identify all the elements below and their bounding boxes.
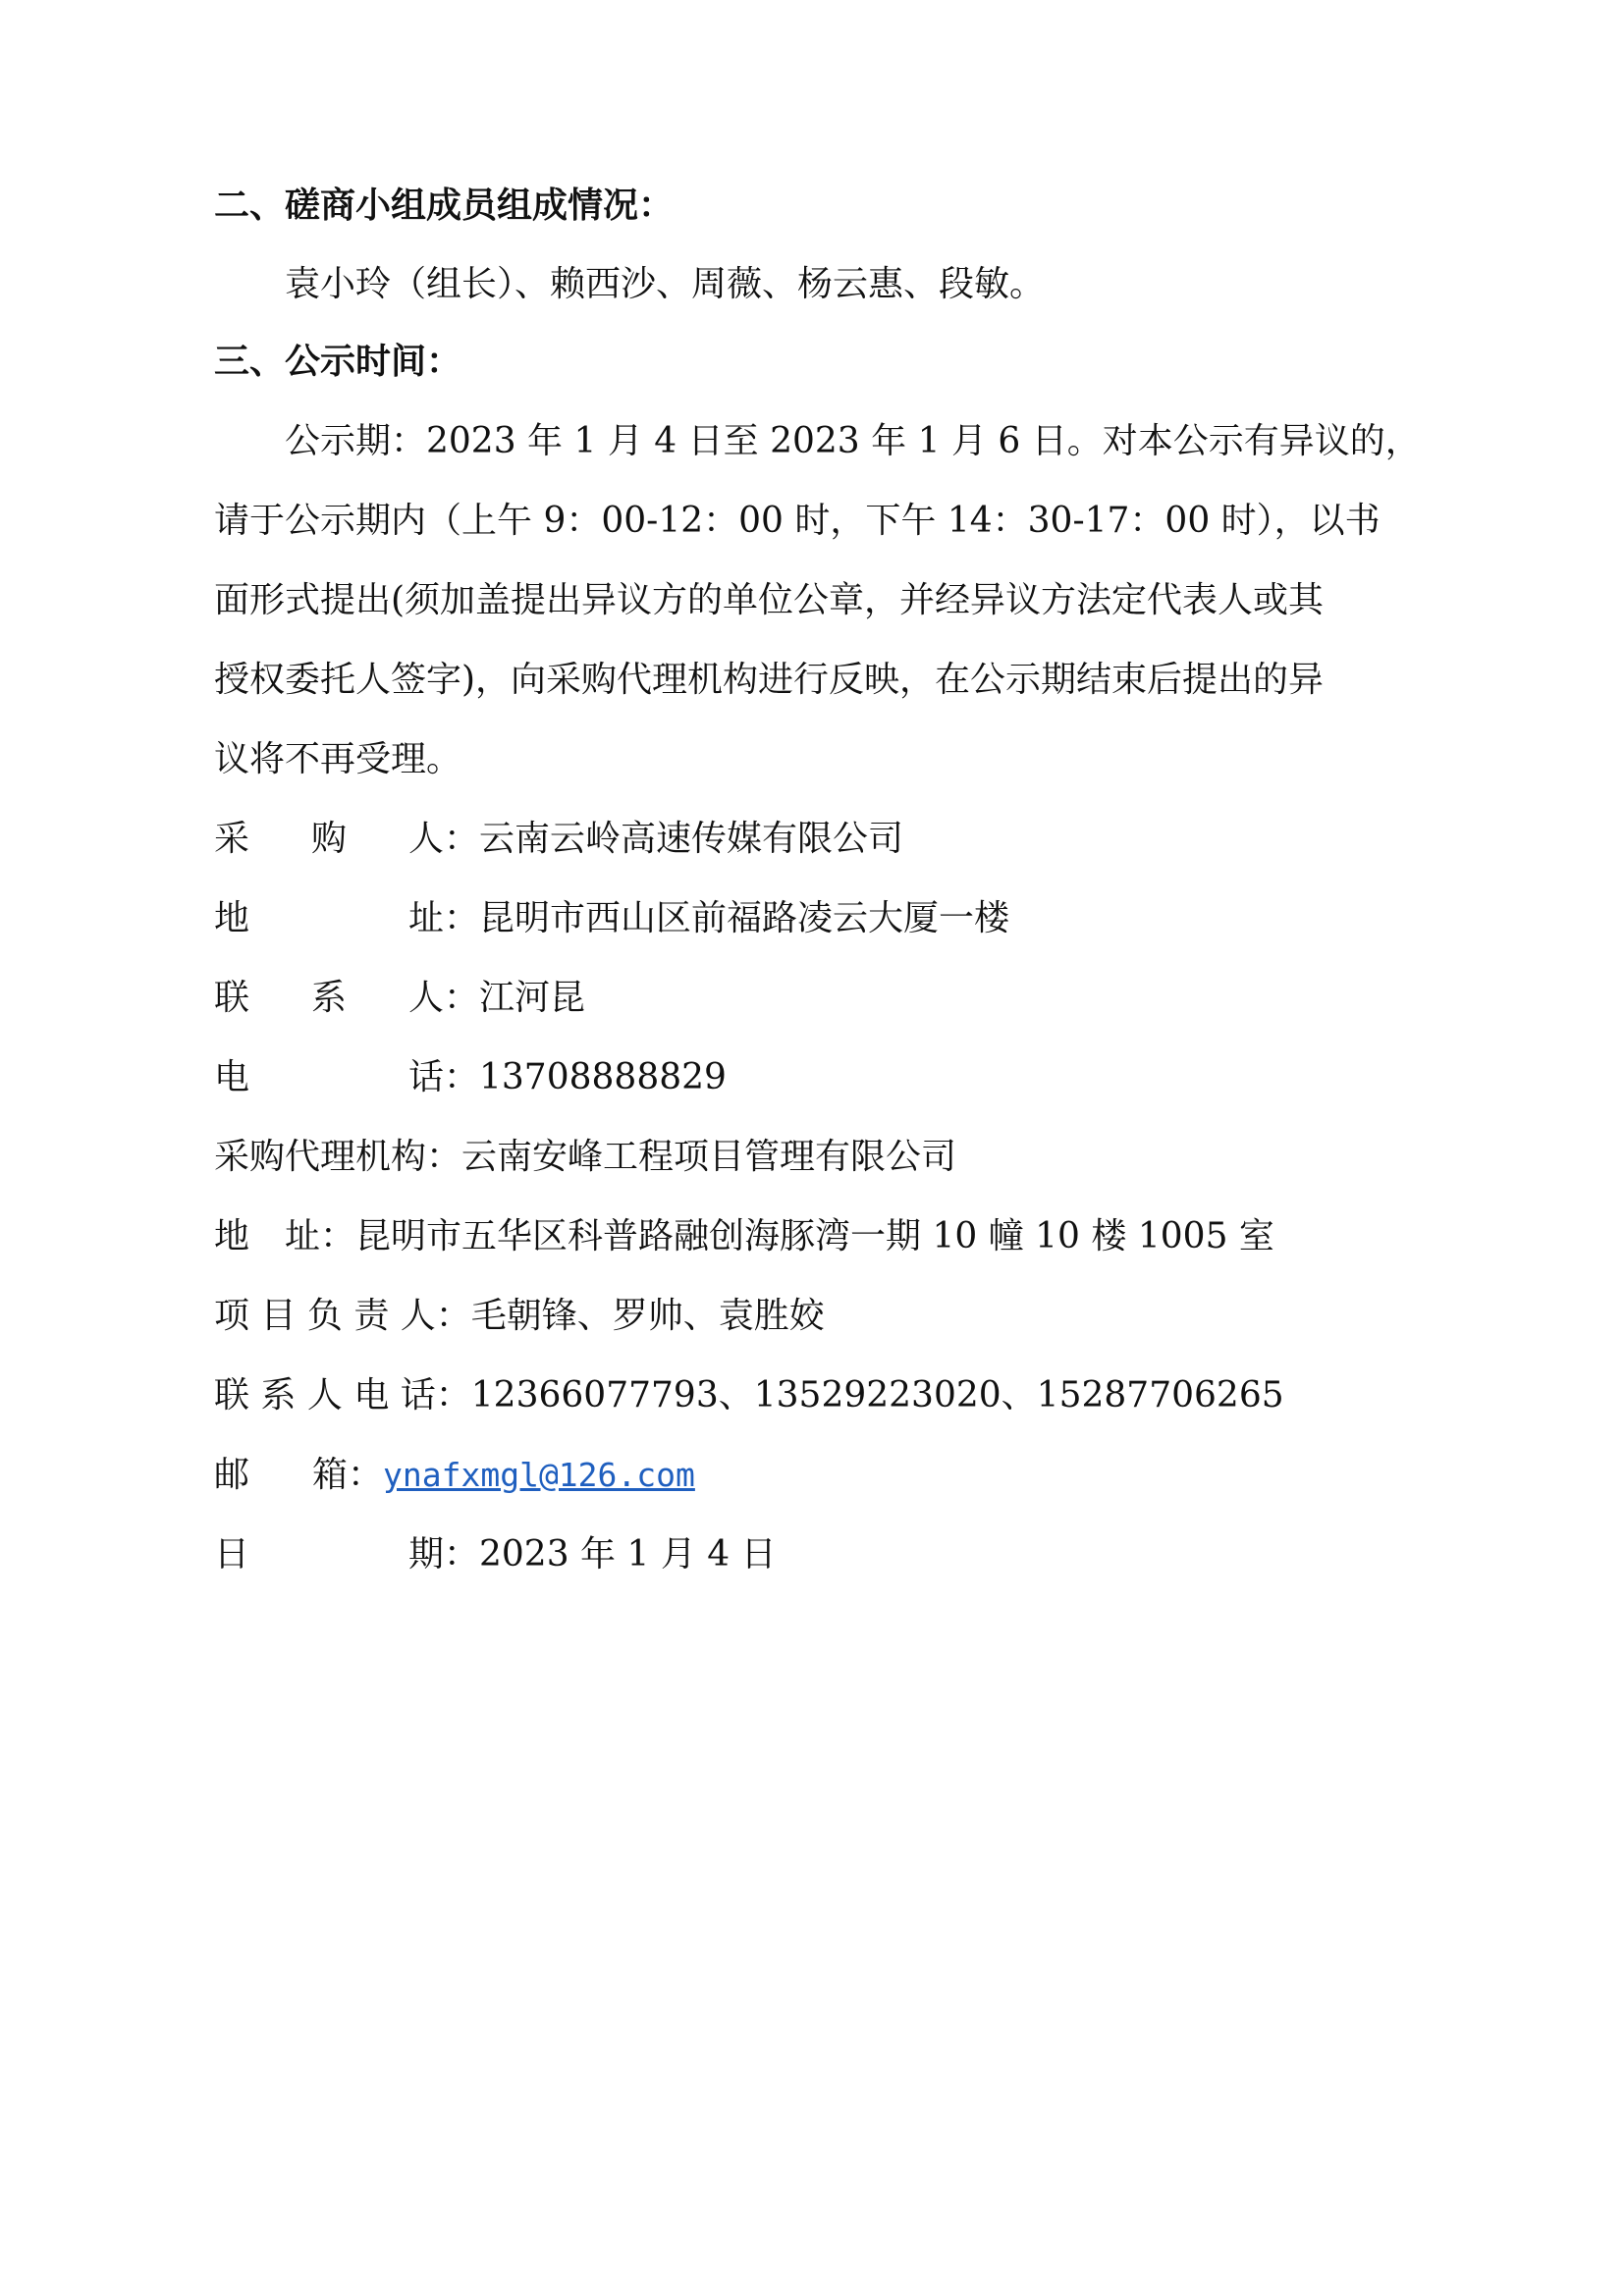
- purchaser-name-label: 采购人：: [214, 818, 479, 861]
- purchaser-address-label: 地址：: [214, 897, 479, 940]
- agency-phones-row: 联 系 人 电 话：12366077793、13529223020、152877…: [214, 1374, 1284, 1417]
- purchaser-address: 昆明市西山区前福路凌云大厦一楼: [479, 898, 1009, 938]
- notice-line-1: 公示期：2023 年 1 月 4 日至 2023 年 1 月 6 日。对本公示有…: [285, 420, 1421, 463]
- notice-line-5: 议将不再受理。: [214, 738, 461, 781]
- purchaser-phone-row: 电话： 13708888829: [214, 1056, 727, 1099]
- agency-email-label: 邮箱：: [214, 1454, 383, 1497]
- purchaser-contact: 江河昆: [479, 978, 585, 1018]
- panel-heading: 二、磋商小组成员组成情况：: [214, 185, 674, 228]
- email-link[interactable]: ynafxmgl@126.com: [383, 1456, 695, 1494]
- agency-phones-label: 联 系 人 电 话：: [214, 1375, 471, 1415]
- agency-leaders-row: 项 目 负 责 人：毛朝锋、罗帅、袁胜姣: [214, 1295, 825, 1338]
- purchaser-name-row: 采购人： 云南云岭高速传媒有限公司: [214, 818, 903, 861]
- notice-heading: 三、公示时间：: [214, 341, 461, 384]
- purchaser-phone: 13708888829: [479, 1057, 727, 1097]
- agency-name-row: 采购代理机构：云南安峰工程项目管理有限公司: [214, 1136, 956, 1179]
- agency-leaders: 毛朝锋、罗帅、袁胜姣: [471, 1296, 825, 1336]
- date-row: 日期： 2023 年 1 月 4 日: [214, 1533, 777, 1576]
- date-value: 2023 年 1 月 4 日: [479, 1534, 777, 1575]
- agency-address: 昆明市五华区科普路融创海豚湾一期 10 幢 10 楼 1005 室: [355, 1216, 1274, 1256]
- agency-phones: 12366077793、13529223020、15287706265: [471, 1375, 1284, 1415]
- agency-email-row: 邮箱： ynafxmgl@126.com: [214, 1454, 695, 1497]
- date-label: 日期：: [214, 1533, 479, 1576]
- purchaser-phone-label: 电话：: [214, 1056, 479, 1099]
- purchaser-contact-row: 联系人： 江河昆: [214, 977, 585, 1020]
- notice-line-2: 请于公示期内（上午 9：00-12：00 时，下午 14：30-17：00 时）…: [214, 500, 1380, 543]
- purchaser-address-row: 地址： 昆明市西山区前福路凌云大厦一楼: [214, 897, 1009, 940]
- agency-name-label: 采购代理机构：: [214, 1137, 461, 1177]
- agency-address-row: 地 址：昆明市五华区科普路融创海豚湾一期 10 幢 10 楼 1005 室: [214, 1215, 1274, 1258]
- notice-line-4: 授权委托人签字)，向采购代理机构进行反映，在公示期结束后提出的异: [214, 659, 1324, 702]
- purchaser-name: 云南云岭高速传媒有限公司: [479, 819, 903, 859]
- agency-name: 云南安峰工程项目管理有限公司: [461, 1137, 956, 1177]
- agency-leaders-label: 项 目 负 责 人：: [214, 1296, 471, 1336]
- agency-address-label: 地 址：: [214, 1216, 355, 1256]
- panel-members: 袁小玲（组长）、赖西沙、周薇、杨云惠、段敏。: [285, 263, 1045, 306]
- purchaser-contact-label: 联系人：: [214, 977, 479, 1020]
- notice-line-3: 面形式提出(须加盖提出异议方的单位公章，并经异议方法定代表人或其: [214, 579, 1324, 622]
